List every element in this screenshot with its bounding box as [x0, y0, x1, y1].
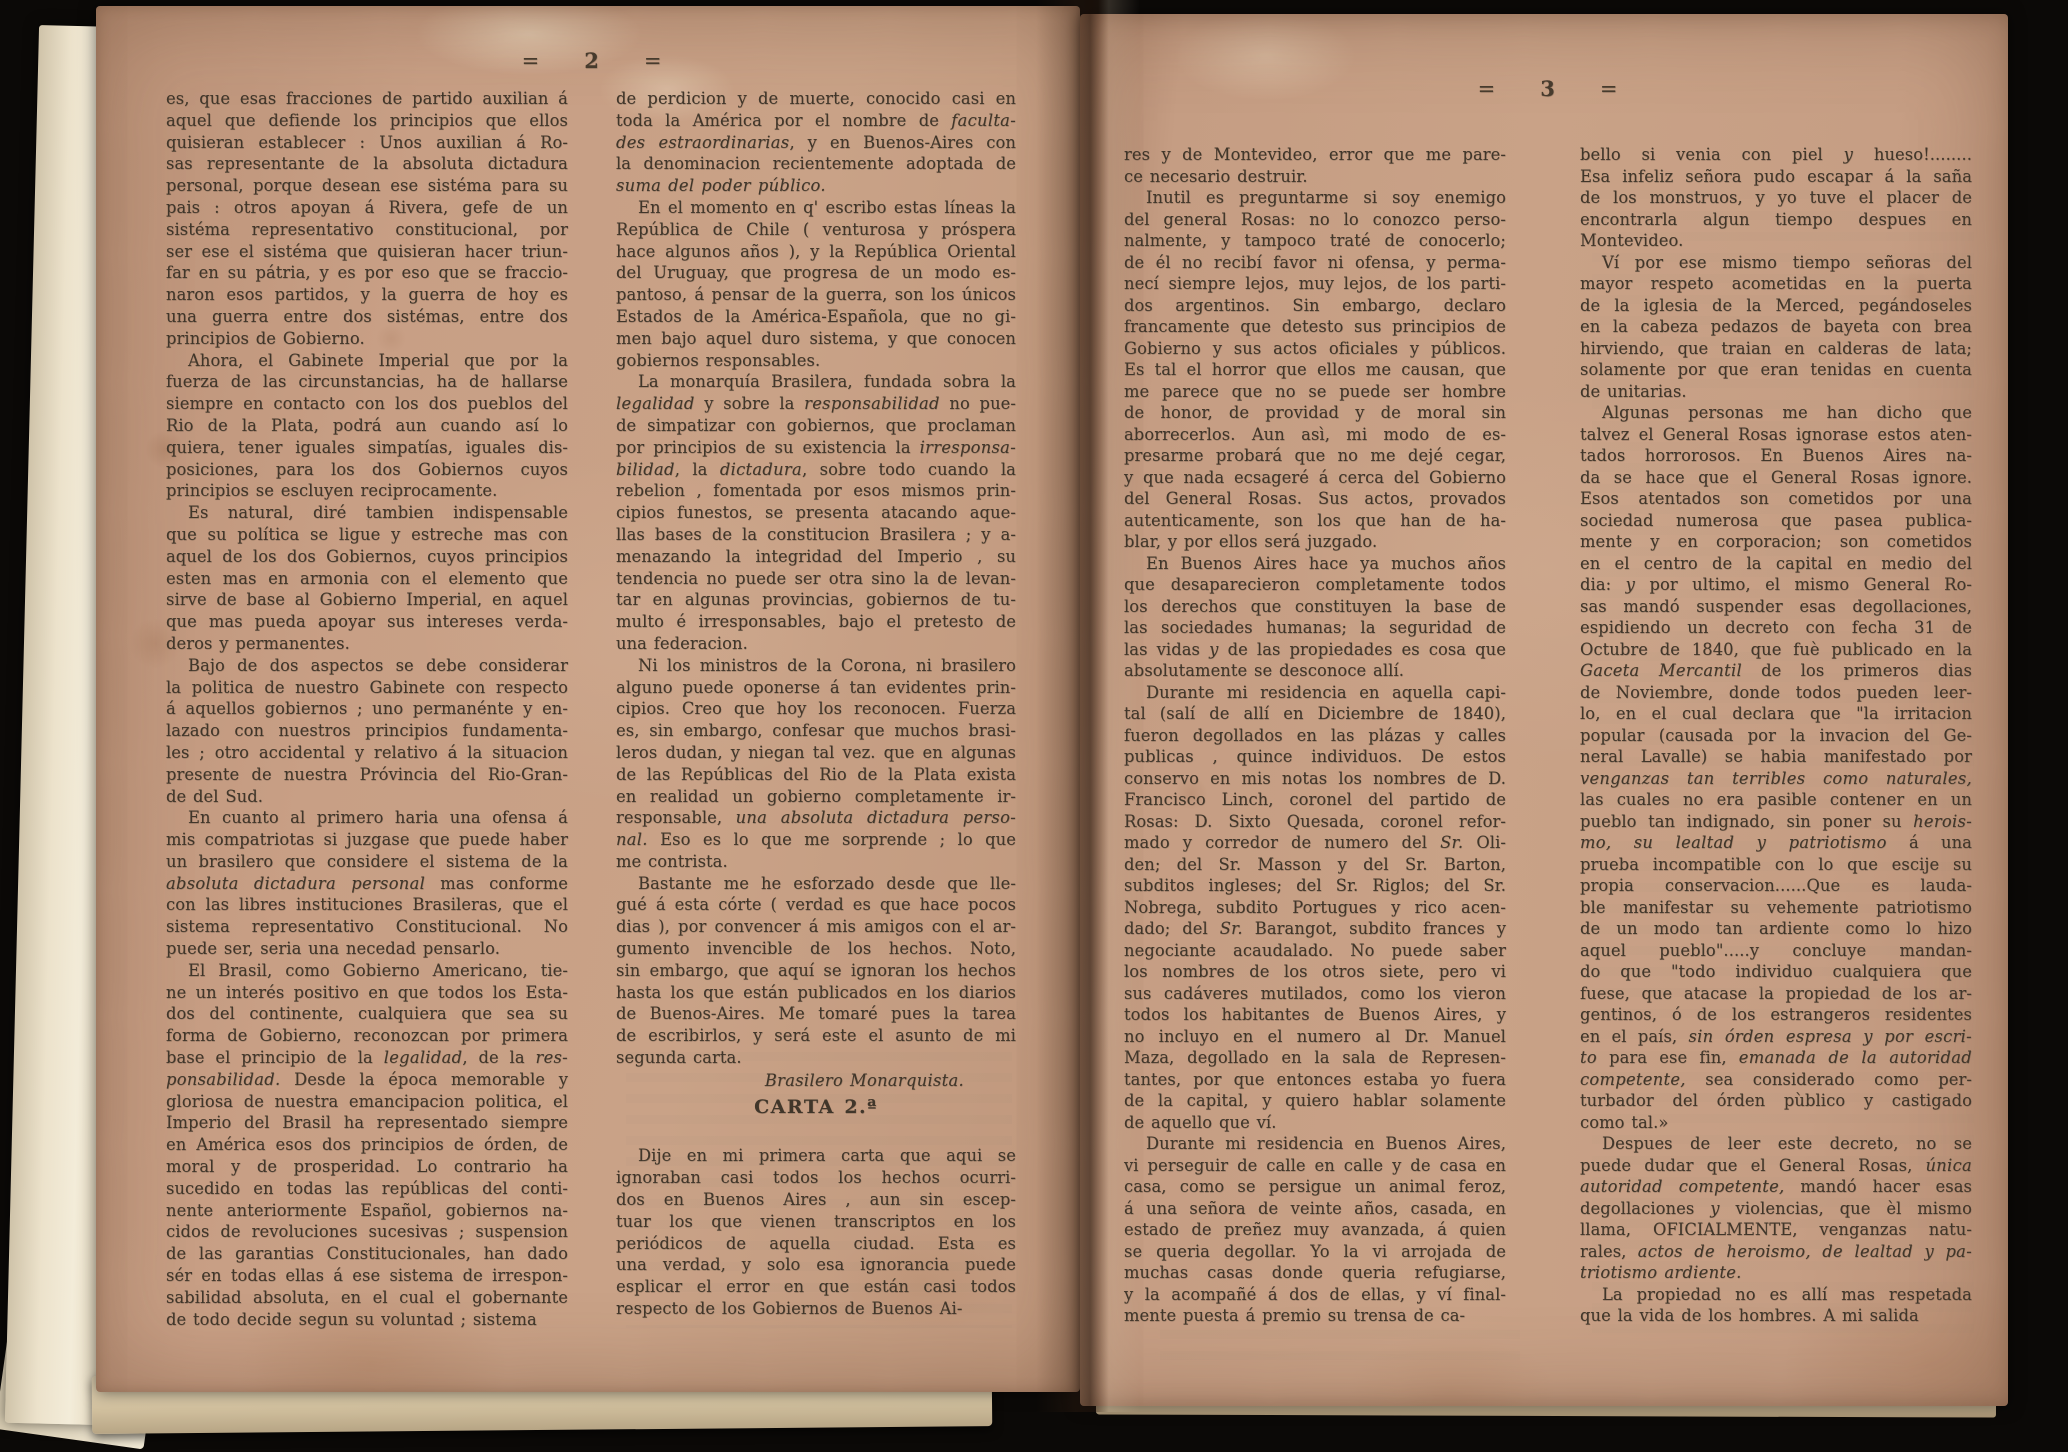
- text-line: do que "todo individuo cualquiera que: [1580, 961, 1972, 983]
- text-line: necí siempre lejos, muy lejos, de los pa…: [1124, 273, 1506, 295]
- text-line: quiera, tener iguales simpatías, iguales…: [166, 437, 568, 459]
- text-line: me parece que no se puede ser hombre: [1124, 381, 1506, 403]
- text-line: periódicos de aquella ciudad. Esta es: [616, 1233, 1016, 1255]
- text-line: res y de Montevideo, error que me pare-: [1124, 144, 1506, 166]
- text-line: gloriosa de nuestra emancipacion politic…: [166, 1091, 568, 1113]
- text-line: de del Sud.: [166, 786, 568, 808]
- page-2-right-mark: =: [600, 49, 707, 73]
- text-line: tuar los que vienen transcriptos en los: [616, 1211, 1016, 1233]
- text-line: En Buenos Aires hace ya muchos años: [1124, 553, 1506, 575]
- text-line: solamente por que eran tenidas en cuenta: [1580, 359, 1972, 381]
- text-line: me contrista.: [616, 851, 1016, 873]
- text-line: se queria degollar. Yo la vi arrojada de: [1124, 1241, 1506, 1263]
- text-line: del General Rosas. Sus actos, provados: [1124, 488, 1506, 510]
- text-line: mente puesta á premio su trensa de ca-: [1124, 1305, 1506, 1327]
- text-line: multo é irresponsables, bajo el pretesto…: [616, 611, 1016, 633]
- text-line: casa, como se persigue un animal feroz,: [1124, 1176, 1506, 1198]
- text-line: legalidad y sobre la responsabilidad no …: [616, 393, 1016, 415]
- text-line: ser ese el sistéma que quisieran hacer t…: [166, 241, 568, 263]
- text-line: popular (causada por la invacion del Ge-: [1580, 725, 1972, 747]
- text-line: una verdad, y solo esa ignorancia puede: [616, 1254, 1016, 1276]
- text-line: deros y permanentes.: [166, 633, 568, 655]
- text-line: de simpatizar con gobiernos, que proclam…: [616, 415, 1016, 437]
- text-line: La monarquía Brasilera, fundada sobra la: [616, 371, 1016, 393]
- text-line: hirviendo, que traian en calderas de lat…: [1580, 338, 1972, 360]
- page-2-column-right: de perdicion y de muerte, conocido casi …: [616, 88, 1016, 1320]
- text-line: por principios de su existencia la irres…: [616, 437, 1016, 459]
- text-line: mis compatriotas si juzgase que puede ha…: [166, 829, 568, 851]
- text-line: rales, actos de heroismo, de lealtad y p…: [1580, 1241, 1972, 1263]
- page-3-number-text: 3: [1540, 76, 1556, 101]
- text-line: ignoraban casi todos los hechos ocurri-: [616, 1167, 1016, 1189]
- text-line: cidos de revoluciones sucesivas ; suspen…: [166, 1221, 568, 1243]
- text-line: suma del poder público.: [616, 175, 1016, 197]
- page-2-left-mark: =: [478, 49, 585, 73]
- text-line: y que nada ecsageré á cerca del Gobierno: [1124, 467, 1506, 489]
- text-line: vi perseguir de calle en calle y de casa…: [1124, 1155, 1506, 1177]
- text-line: Ví por ese mismo tiempo señoras del: [1580, 252, 1972, 274]
- text-line: las vidas y de las propiedades es cosa q…: [1124, 639, 1506, 661]
- text-line: una federacion.: [616, 633, 1016, 655]
- text-line: prueba incompatible con lo que escije su: [1580, 854, 1972, 876]
- text-line: en el centro de la capital en medio del: [1580, 553, 1972, 575]
- text-line: bilidad, la dictadura, sobre todo cuando…: [616, 459, 1016, 481]
- page-3-number: =3=: [1124, 76, 1972, 101]
- text-line: ble manifestar su vehemente patriotismo: [1580, 897, 1972, 919]
- text-line: de Noviembre, donde todos pueden leer-: [1580, 682, 1972, 704]
- text-line: llama, OFICIALMENTE, venganzas natu-: [1580, 1219, 1972, 1241]
- text-line: esplicar el error en que están casi todo…: [616, 1276, 1016, 1298]
- text-line: segunda carta.: [616, 1047, 1016, 1069]
- text-line: tados horrorosos. En Buenos Aires na-: [1580, 445, 1972, 467]
- text-line: nente anteriormente Español, gobiernos n…: [166, 1200, 568, 1222]
- text-line: muchas casas donde queria refugiarse,: [1124, 1262, 1506, 1284]
- page-2-column-left: es, que esas fracciones de partido auxil…: [166, 88, 568, 1330]
- text-line: es, sin embargo, confesar que muchos bra…: [616, 720, 1016, 742]
- text-line: de Buenos-Aires. Me tomaré pues la tarea: [616, 1003, 1016, 1025]
- text-line: cipios. Creo que hoy los reconocen. Fuer…: [616, 698, 1016, 720]
- text-line: Rosas: D. Sixto Quesada, coronel refor-: [1124, 811, 1506, 833]
- text-line: aborrecerlos. Aun asì, mi modo de es-: [1124, 424, 1506, 446]
- text-line: Ni los ministros de la Corona, ni brasil…: [616, 655, 1016, 677]
- text-line: Esa infeliz señora pudo escapar á la sañ…: [1580, 166, 1972, 188]
- text-line: de las garantias Constitucionales, han d…: [166, 1243, 568, 1265]
- text-line: las sociedades humanas; la seguridad de: [1124, 617, 1506, 639]
- text-line: hace algunos años ), y la República Orie…: [616, 241, 1016, 263]
- letter-signature: Brasilero Monarquista.: [616, 1070, 1016, 1092]
- text-line: ne un interés positivo en que todos los …: [166, 982, 568, 1004]
- text-line: sas representante de la absoluta dictadu…: [166, 153, 568, 175]
- text-line: del Uruguay, que progresa de un modo es-: [616, 262, 1016, 284]
- text-line: sabilidad absoluta, en el cual el gobern…: [166, 1287, 568, 1309]
- text-line: En cuanto al primero haria una ofensa á: [166, 807, 568, 829]
- text-line: como tal.»: [1580, 1112, 1972, 1134]
- text-line: no incluyo en el numero al Dr. Manuel: [1124, 1026, 1506, 1048]
- text-line: estado de preñez muy avanzada, á quien: [1124, 1219, 1506, 1241]
- text-line: naron esos partidos, y la guerra de hoy …: [166, 284, 568, 306]
- text-line: de él no recibí favor ni ofensa, y perma…: [1124, 252, 1506, 274]
- text-line: sirve de base al Gobierno Imperial, en a…: [166, 589, 568, 611]
- text-line: Nobrega, subdito Portugues y rico acen-: [1124, 897, 1506, 919]
- text-line: Octubre de 1840, que fuè publicado en la: [1580, 639, 1972, 661]
- text-line: francamente que detesto sus principios d…: [1124, 316, 1506, 338]
- text-line: forma de Gobierno, reconozcan por primer…: [166, 1025, 568, 1047]
- page-3-column-left: res y de Montevideo, error que me pare-c…: [1124, 144, 1506, 1327]
- text-line: des estraordinarias, y en Buenos-Aires c…: [616, 132, 1016, 154]
- text-line: dado; del Sr. Barangot, subdito frances …: [1124, 918, 1506, 940]
- text-line: La propiedad no es allí mas respetada: [1580, 1284, 1972, 1306]
- text-line: puede ser, seria una necedad pensarlo.: [166, 938, 568, 960]
- text-line: venganzas tan terribles como naturales,: [1580, 768, 1972, 790]
- text-line: una guerra entre dos sistémas, entre dos: [166, 306, 568, 328]
- text-line: ce necesario destruir.: [1124, 166, 1506, 188]
- text-line: principios de Gobierno.: [166, 328, 568, 350]
- text-line: que la vida de los hombres. A mi salida: [1580, 1305, 1972, 1327]
- text-line: absolutamente se desconoce allí.: [1124, 660, 1506, 682]
- text-line: de los monstruos, y yo tuve el placer de: [1580, 187, 1972, 209]
- text-line: autoridad competente, mandó hacer esas: [1580, 1176, 1972, 1198]
- text-line: posiciones, para los dos Gobiernos cuyos: [166, 459, 568, 481]
- text-line: de aquello que ví.: [1124, 1112, 1506, 1134]
- text-line: lazado con nuestros principios fundament…: [166, 720, 568, 742]
- text-line: publicas , quince individuos. De estos: [1124, 746, 1506, 768]
- text-line: pais : otros apoyan á Rivera, gefe de un: [166, 197, 568, 219]
- text-line: en el país, sin órden espresa y por escr…: [1580, 1026, 1972, 1048]
- text-line: á aquellos gobiernos ; uno permanénte y …: [166, 698, 568, 720]
- text-line: mayor respeto acometidas en la puerta: [1580, 273, 1972, 295]
- text-line: encontrarla algun tiempo despues en: [1580, 209, 1972, 231]
- text-line: mo, su lealtad y patriotismo á una: [1580, 832, 1972, 854]
- text-line: Francisco Linch, coronel del partido de: [1124, 789, 1506, 811]
- book-scan: =2= =3= es, que esas fracciones de parti…: [0, 0, 2068, 1452]
- text-line: mado y corredor de numero del Sr. Oli-: [1124, 832, 1506, 854]
- text-line: absoluta dictadura personal mas conforme: [166, 873, 568, 895]
- text-line: tantes, por que entonces estaba yo fuera: [1124, 1069, 1506, 1091]
- text-line: les ; otro accidental y relativo á la si…: [166, 742, 568, 764]
- text-line: Durante mi residencia en aquella capi-: [1124, 682, 1506, 704]
- text-line: llas bases de la constitucion Brasilera …: [616, 524, 1016, 546]
- text-line: todos los habitantes de Buenos Aires, y: [1124, 1004, 1506, 1026]
- text-line: El Brasil, como Gobierno Americano, tie-: [166, 960, 568, 982]
- text-line: Algunas personas me han dicho que: [1580, 402, 1972, 424]
- text-line: Dije en mi primera carta que aqui se: [616, 1145, 1016, 1167]
- text-line: leros dudan, y niegan tal vez. que en al…: [616, 742, 1016, 764]
- text-line: Gaceta Mercantil de los primeros dias: [1580, 660, 1972, 682]
- text-line: República de Chile ( venturosa y prósper…: [616, 219, 1016, 241]
- text-line: nal. Eso es lo que me sorprende ; lo que: [616, 829, 1016, 851]
- text-line: puede dudar que el General Rosas, única: [1580, 1155, 1972, 1177]
- text-line: Maza, degollado en la sala de Represen-: [1124, 1047, 1506, 1069]
- text-line: sér en todas ellas á ese sistema de irre…: [166, 1265, 568, 1287]
- text-line: fueron degollados en las plázas y calles: [1124, 725, 1506, 747]
- text-line: de la capital, y quiero hablar solamente: [1124, 1090, 1506, 1112]
- text-line: sociedad numerosa que pasea publica-: [1580, 510, 1972, 532]
- text-line: á una señora de veinte años, casada, en: [1124, 1198, 1506, 1220]
- text-line: dos en Buenos Aires , aun sin escep-: [616, 1189, 1016, 1211]
- page-3-column-right: bello si venia con piel y hueso!........…: [1580, 144, 1972, 1327]
- text-line: Montevideo.: [1580, 230, 1972, 252]
- text-line: aquel pueblo".....y concluye mandan-: [1580, 940, 1972, 962]
- text-line: sistema representativo Constitucional. N…: [166, 916, 568, 938]
- text-line: pueblo tan indignado, sin poner su heroi…: [1580, 811, 1972, 833]
- text-line: tendencia no puede ser otra sino la de l…: [616, 568, 1016, 590]
- text-line: en realidad un gobierno completamente ir…: [616, 786, 1016, 808]
- text-line: y la acompañé á dos de ellas, y ví final…: [1124, 1284, 1506, 1306]
- text-line: quisieran establecer : Unos auxilian á R…: [166, 132, 568, 154]
- text-line: base el principio de la legalidad, de la…: [166, 1047, 568, 1069]
- text-line: dos del continente, cualquiera que sea s…: [166, 1003, 568, 1025]
- text-line: triotismo ardiente.: [1580, 1262, 1972, 1284]
- text-line: blar, y por ellos será juzgado.: [1124, 531, 1506, 553]
- text-line: negociante acaudalado. No puede saber: [1124, 940, 1506, 962]
- text-line: Inutil es preguntarme si soy enemigo: [1124, 187, 1506, 209]
- text-line: gentinos, ó de los estrangeros residente…: [1580, 1004, 1972, 1026]
- text-line: bello si venia con piel y hueso!........: [1580, 144, 1972, 166]
- text-line: degollaciones y violencias, que èl mismo: [1580, 1198, 1972, 1220]
- text-line: gué á esta córte ( verdad es que hace po…: [616, 894, 1016, 916]
- text-line: principios se escluyen reciprocamente.: [166, 480, 568, 502]
- text-line: En el momento en q' escribo estas líneas…: [616, 197, 1016, 219]
- text-line: den; del Sr. Masson y del Sr. Barton,: [1124, 854, 1506, 876]
- letter-heading: CARTA 2.ª: [616, 1097, 1016, 1119]
- text-line: toda la América por el nombre de faculta…: [616, 110, 1016, 132]
- text-line: presente de nuestra Próvincia del Rio-Gr…: [166, 764, 568, 786]
- text-line: Bastante me he esforzado desde que lle-: [616, 873, 1016, 895]
- text-line: de la iglesia de la Merced, pegándoseles: [1580, 295, 1972, 317]
- text-line: presarme probará que no me dejé cegar,: [1124, 445, 1506, 467]
- text-line: en la cabeza pedazos de bayeta con brea: [1580, 316, 1972, 338]
- text-line: de las Repúblicas del Rio de la Plata ex…: [616, 764, 1016, 786]
- text-line: to para ese fin, emanada de la autoridad: [1580, 1047, 1972, 1069]
- text-line: un brasilero que considere el sistema de…: [166, 851, 568, 873]
- text-line: Estados de la América-Española, que no g…: [616, 306, 1016, 328]
- text-line: Imperio del Brasil ha representado siemp…: [166, 1112, 568, 1134]
- text-line: subditos ingleses; del Sr. Riglos; del S…: [1124, 875, 1506, 897]
- text-line: lo, en el cual declara que "la irritacio…: [1580, 703, 1972, 725]
- text-line: dos argentinos. Sin embargo, declaro: [1124, 295, 1506, 317]
- text-line: Es natural, diré tambien indispensable: [166, 502, 568, 524]
- text-line: gumento invencible de los hechos. Noto,: [616, 938, 1016, 960]
- text-line: es, que esas fracciones de partido auxil…: [166, 88, 568, 110]
- text-line: propia conservacion......Que es lauda-: [1580, 875, 1972, 897]
- text-line: far en su pátria, y es por eso que se fr…: [166, 262, 568, 284]
- text-line: sin embargo, que aquí se ignoran los hec…: [616, 960, 1016, 982]
- text-line: gobiernos responsables.: [616, 350, 1016, 372]
- text-line: personal, porque desean ese sistéma para…: [166, 175, 568, 197]
- text-line: Durante mi residencia en Buenos Aires,: [1124, 1133, 1506, 1155]
- text-line: sus cadáveres mutilados, como los vieron: [1124, 983, 1506, 1005]
- text-line: del general Rosas: no lo conozco perso-: [1124, 209, 1506, 231]
- text-line: rebelion , fomentada por esos mismos pri…: [616, 480, 1016, 502]
- text-line: hasta los que están publicados en los di…: [616, 982, 1016, 1004]
- text-line: espidiendo un decreto con fecha 31 de: [1580, 617, 1972, 639]
- page-2-number-text: 2: [584, 48, 600, 73]
- text-line: responsable, una absoluta dictadura pers…: [616, 807, 1016, 829]
- text-line: talvez el General Rosas ignorase estos a…: [1580, 424, 1972, 446]
- text-line: menazando la integridad del Imperio , su: [616, 546, 1016, 568]
- text-line: la denominacion recientemente adoptada d…: [616, 153, 1016, 175]
- text-line: siempre en contacto con los dos pueblos …: [166, 393, 568, 415]
- text-line: tal (salí de allí en Diciembre de 1840),: [1124, 703, 1506, 725]
- text-line: en América esos dos principios de órden,…: [166, 1134, 568, 1156]
- text-line: moral y de prosperidad. Lo contrario ha: [166, 1156, 568, 1178]
- text-line: que mas pueda apoyar sus intereses verda…: [166, 611, 568, 633]
- text-line: turbador del órden pùblico y castigado: [1580, 1090, 1972, 1112]
- text-line: sas mandó suspender esas degollaciones,: [1580, 596, 1972, 618]
- text-line: Ahora, el Gabinete Imperial que por la: [166, 350, 568, 372]
- text-line: sistéma representativo constitucional, p…: [166, 219, 568, 241]
- text-line: ponsabilidad. Desde la época memorable y: [166, 1069, 568, 1091]
- text-line: con las libres instituciones Brasileras,…: [166, 894, 568, 916]
- text-line: Es tal el horror que ellos me causan, qu…: [1124, 359, 1506, 381]
- text-line: aquel de los dos Gobiernos, cuyos princi…: [166, 546, 568, 568]
- text-line: nalmente, y tampoco traté de conocerlo;: [1124, 230, 1506, 252]
- text-line: de escribirlos, y será este el asunto de…: [616, 1025, 1016, 1047]
- text-line: mente y en corporacion; son cometidos: [1580, 531, 1972, 553]
- page-3-right-mark: =: [1556, 77, 1663, 101]
- text-line: dia: y por ultimo, el mismo General Ro-: [1580, 574, 1972, 596]
- text-line: men bajo aquel duro sistema, y que conoc…: [616, 328, 1016, 350]
- page-3-left-mark: =: [1434, 77, 1541, 101]
- text-line: Despues de leer este decreto, no se: [1580, 1133, 1972, 1155]
- text-line: de perdicion y de muerte, conocido casi …: [616, 88, 1016, 110]
- text-line: pantoso, á pensar de la guerra, son los …: [616, 284, 1016, 306]
- text-line: que su política se ligue y estreche mas …: [166, 524, 568, 546]
- text-line: autenticamente, son los que han de ha-: [1124, 510, 1506, 532]
- text-line: de todo decide segun su voluntad ; siste…: [166, 1309, 568, 1331]
- text-line: Esos atentados son cometidos por una: [1580, 488, 1972, 510]
- text-line: los derechos que constituyen la base de: [1124, 596, 1506, 618]
- page-2-number: =2=: [166, 48, 1018, 73]
- text-line: Bajo de dos aspectos se debe considerar: [166, 655, 568, 677]
- text-line: conservo en mis notas los nombres de D.: [1124, 768, 1506, 790]
- text-line: que desaparecieron completamente todos: [1124, 574, 1506, 596]
- text-line: la politica de nuestro Gabinete con resp…: [166, 677, 568, 699]
- text-line: respecto de los Gobiernos de Buenos Ai-: [616, 1298, 1016, 1320]
- text-line: neral Lavalle) se habia manifestado por: [1580, 746, 1972, 768]
- text-line: alguno puede oponerse á tan evidentes pr…: [616, 677, 1016, 699]
- text-line: competente, sea considerado como per-: [1580, 1069, 1972, 1091]
- text-line: las cuales no era pasible contener en un: [1580, 789, 1972, 811]
- text-line: fuerza de las circunstancias, ha de hall…: [166, 371, 568, 393]
- text-line: Rio de la Plata, podrá aun cuando así lo: [166, 415, 568, 437]
- text-line: fuese, que atacase la propiedad de los a…: [1580, 983, 1972, 1005]
- text-line: cipios funestos, se presenta atacando aq…: [616, 502, 1016, 524]
- text-line: de honor, de providad y de moral sin: [1124, 402, 1506, 424]
- text-line: de unitarias.: [1580, 381, 1972, 403]
- text-line: de un modo tan ardiente como lo hizo: [1580, 918, 1972, 940]
- text-line: esten mas en armonia con el elemento que: [166, 568, 568, 590]
- text-line: sucedido en todas las repúblicas del con…: [166, 1178, 568, 1200]
- text-line: tar en algunas provincias, gobiernos de …: [616, 589, 1016, 611]
- text-line: los nombres de los otros siete, pero vi: [1124, 961, 1506, 983]
- text-line: da se hace que el General Rosas ignore.: [1580, 467, 1972, 489]
- text-line: aquel que defiende los principios que el…: [166, 110, 568, 132]
- text-line: Gobierno y sus actos oficiales y público…: [1124, 338, 1506, 360]
- text-line: dias ), por convencer á mis amigos con e…: [616, 916, 1016, 938]
